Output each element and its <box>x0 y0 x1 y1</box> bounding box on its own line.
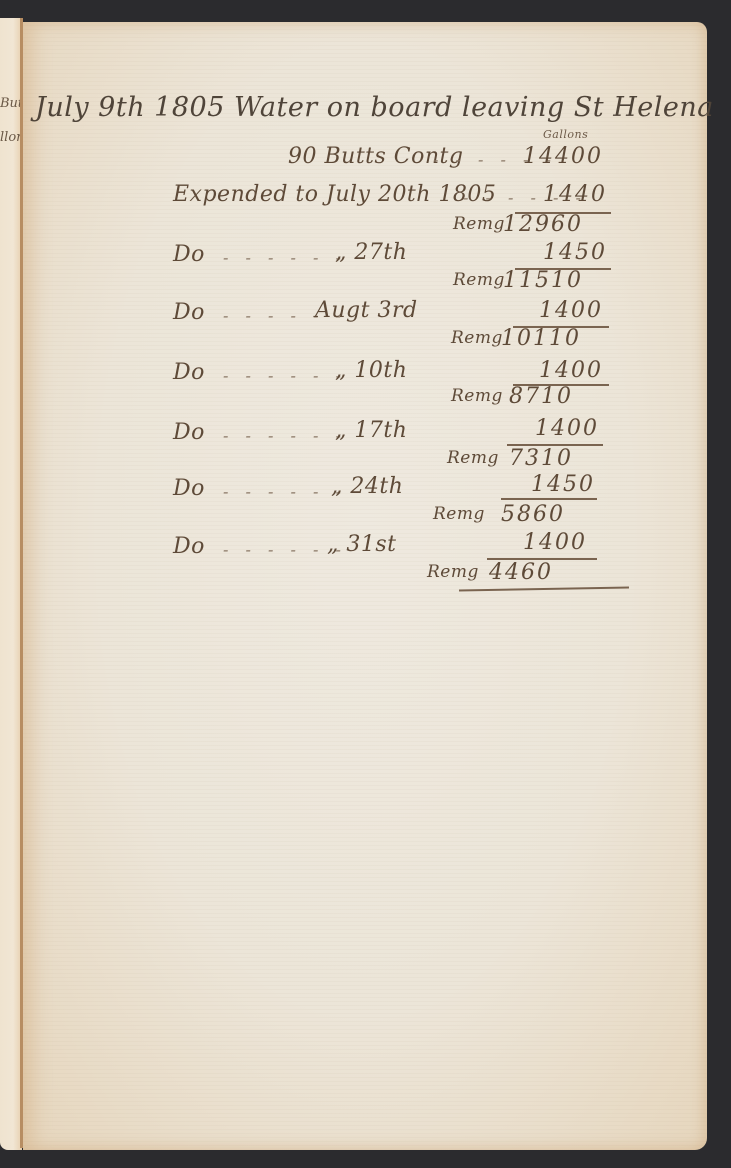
entry-remaining: 4460 <box>489 560 553 585</box>
entry-expended: 1450 <box>543 240 607 265</box>
left-page-fragment: llons <box>0 130 22 145</box>
entry-date: Augt 3rd <box>315 298 418 323</box>
opening-value: 14400 <box>523 144 603 169</box>
entry-expended: 1400 <box>539 298 603 323</box>
facing-left-page: Butt llons <box>0 18 22 1150</box>
remaining-label: Remg <box>453 270 505 290</box>
entry-date: „ 24th <box>331 474 403 499</box>
manuscript-page: July 9th 1805 Water on board leaving St … <box>23 22 707 1150</box>
entry-date: „ 17th <box>335 418 407 443</box>
entry-expended: 1400 <box>535 416 599 441</box>
entry-expended: 1450 <box>531 472 595 497</box>
remaining-label: Remg <box>427 562 479 582</box>
entry-date: „ 31st <box>327 532 397 557</box>
entry-label: Do <box>173 476 205 501</box>
leader-dots: - - - - - - <box>223 248 347 267</box>
leader-dots: - - - - - - <box>223 482 347 501</box>
entry-label: Do <box>173 534 205 559</box>
entry-label: Expended to July 20th 1805 <box>173 182 496 207</box>
entry-remaining: 8710 <box>509 384 573 409</box>
entry-expended: 1440 <box>543 182 607 207</box>
page-heading: July 9th 1805 Water on board leaving St … <box>35 92 714 123</box>
entry-label: Do <box>173 420 205 445</box>
remaining-label: Remg <box>451 386 503 406</box>
entry-label: Do <box>173 300 205 325</box>
entry-date: „ 10th <box>335 358 407 383</box>
entry-label: Do <box>173 360 205 385</box>
remaining-label: Remg <box>447 448 499 468</box>
remaining-label: Remg <box>433 504 485 524</box>
entry-remaining: 12960 <box>503 212 583 237</box>
final-underline <box>459 587 629 591</box>
entry-expended: 1400 <box>539 358 603 383</box>
entry-remaining: 11510 <box>503 268 583 293</box>
subtotal-rule <box>501 498 597 500</box>
entry-date: „ 27th <box>335 240 407 265</box>
unit-header: Gallons <box>543 128 588 141</box>
leader-dots: - - - - - - <box>223 426 347 445</box>
left-page-fragment: Butt <box>0 96 22 111</box>
entry-remaining: 7310 <box>509 446 573 471</box>
entry-expended: 1400 <box>523 530 587 555</box>
entry-remaining: 10110 <box>501 326 581 351</box>
leader-dots: - - - - - - <box>223 366 347 385</box>
entry-remaining: 5860 <box>501 502 565 527</box>
remaining-label: Remg <box>453 214 505 234</box>
remaining-label: Remg <box>451 328 503 348</box>
entry-label: Do <box>173 242 205 267</box>
